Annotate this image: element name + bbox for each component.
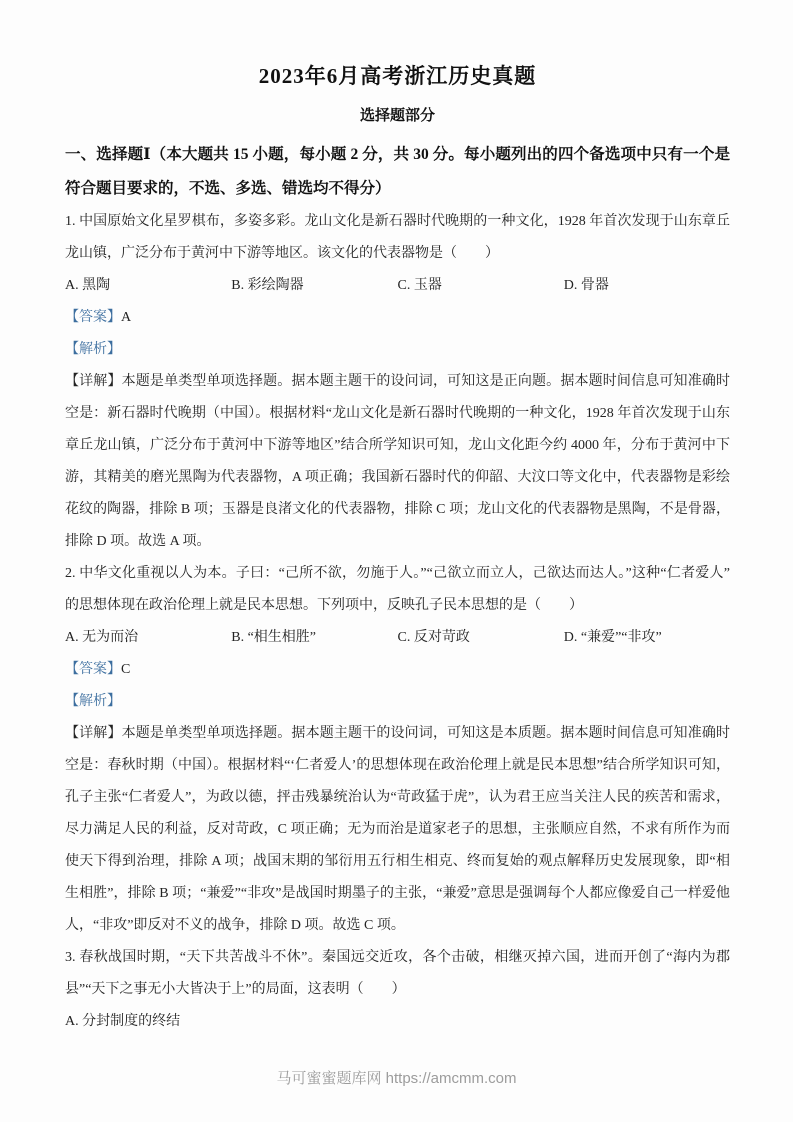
option-d: D. “兼爱”“非攻” — [564, 622, 730, 654]
analysis-label: 【解析】 — [65, 694, 121, 709]
document-page: 2023年6月高考浙江历史真题 选择题部分 一、选择题Ⅰ（本大题共 15 小题，… — [0, 0, 793, 1122]
footer-watermark: 马可蜜蜜题库网 https://amcmm.com — [0, 1067, 793, 1088]
explanation-text: 本题是单类型单项选择题。据本题主题干的设问词，可知这是正向题。据本题时间信息可知… — [65, 374, 730, 549]
option-b: B. 彩绘陶器 — [231, 270, 397, 302]
option-a: A. 无为而治 — [65, 622, 231, 654]
answer-value: C — [121, 662, 130, 677]
question-block-1: 1. 中国原始文化星罗棋布，多姿多彩。龙山文化是新石器时代晚期的一种文化，192… — [65, 206, 730, 558]
options-row: A. 黑陶 B. 彩绘陶器 C. 玉器 D. 骨器 — [65, 270, 730, 302]
section-instructions: 一、选择题Ⅰ（本大题共 15 小题，每小题 2 分，共 30 分。每小题列出的四… — [65, 138, 730, 206]
question-block-2: 2. 中华文化重视以人为本。子曰：“己所不欲，勿施于人。”“己欲立而立人，己欲达… — [65, 558, 730, 942]
detail-label: 【详解】 — [65, 374, 122, 389]
explanation-paragraph: 【详解】本题是单类型单项选择题。据本题主题干的设问词，可知这是正向题。据本题时间… — [65, 366, 730, 558]
option-c: C. 玉器 — [398, 270, 564, 302]
option-d: D. 骨器 — [564, 270, 730, 302]
explanation-text: 本题是单类型单项选择题。据本题主题干的设问词，可知这是本质题。据本题时间信息可知… — [65, 726, 730, 933]
document-title: 2023年6月高考浙江历史真题 — [65, 60, 730, 92]
analysis-label: 【解析】 — [65, 342, 121, 357]
question-stem: 3. 春秋战国时期，“天下共苦战斗不休”。秦国远交近攻，各个击破，相继灭掉六国，… — [65, 942, 730, 1006]
question-stem: 2. 中华文化重视以人为本。子曰：“己所不欲，勿施于人。”“己欲立而立人，己欲达… — [65, 558, 730, 622]
option-b: B. “相生相胜” — [231, 622, 397, 654]
analysis-line: 【解析】 — [65, 686, 730, 718]
answer-label: 【答案】 — [65, 310, 121, 325]
explanation-paragraph: 【详解】本题是单类型单项选择题。据本题主题干的设问词，可知这是本质题。据本题时间… — [65, 718, 730, 942]
answer-line: 【答案】A — [65, 302, 730, 334]
detail-label: 【详解】 — [65, 726, 122, 741]
question-stem: 1. 中国原始文化星罗棋布，多姿多彩。龙山文化是新石器时代晚期的一种文化，192… — [65, 206, 730, 270]
question-block-3: 3. 春秋战国时期，“天下共苦战斗不休”。秦国远交近攻，各个击破，相继灭掉六国，… — [65, 942, 730, 1038]
answer-line: 【答案】C — [65, 654, 730, 686]
options-row: A. 无为而治 B. “相生相胜” C. 反对苛政 D. “兼爱”“非攻” — [65, 622, 730, 654]
answer-value: A — [121, 310, 131, 325]
options-row: A. 分封制度的终结 — [65, 1006, 730, 1038]
option-a: A. 黑陶 — [65, 270, 231, 302]
option-c: C. 反对苛政 — [398, 622, 564, 654]
document-subtitle: 选择题部分 — [65, 104, 730, 128]
option-a: A. 分封制度的终结 — [65, 1006, 730, 1038]
answer-label: 【答案】 — [65, 662, 121, 677]
analysis-line: 【解析】 — [65, 334, 730, 366]
